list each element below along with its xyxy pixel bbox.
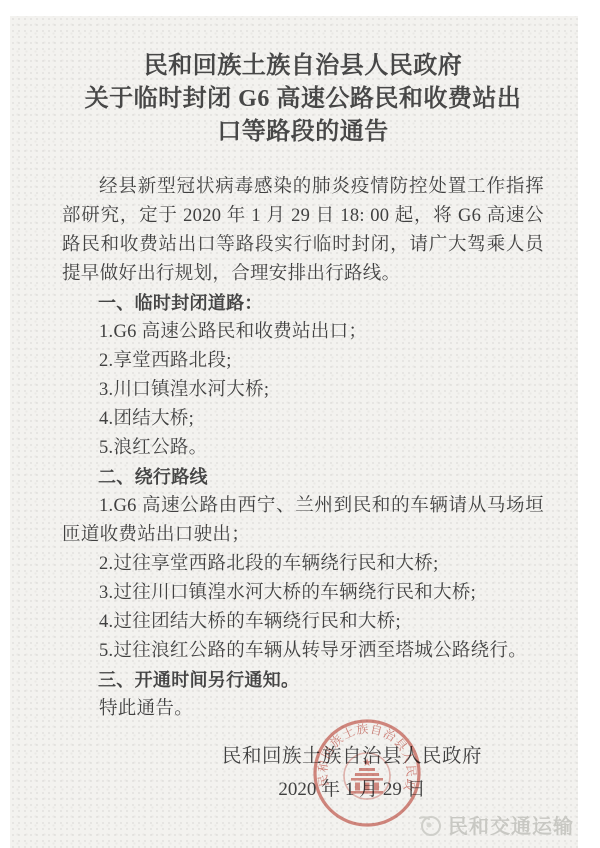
detour-route-item: 2.过往享堂西路北段的车辆绕行民和大桥; bbox=[62, 550, 544, 579]
scanned-notice-page: 民和回族土族自治县人民政府 关于临时封闭 G6 高速公路民和收费站出 口等路段的… bbox=[10, 16, 578, 848]
closed-road-item: 1.G6 高速公路民和收费站出口； bbox=[62, 318, 544, 347]
detour-route-item: 3.过往川口镇湟水河大桥的车辆绕行民和大桥; bbox=[62, 579, 544, 608]
section-reopen-heading: 三、开通时间另行通知。 bbox=[62, 666, 544, 695]
section-detour-heading: 二、绕行路线 bbox=[62, 463, 544, 492]
closed-road-item: 2.享堂西路北段; bbox=[62, 347, 544, 376]
watermark: 民和交通运输 bbox=[417, 810, 574, 839]
seal-ring-text: 民和回族土族自治县人民政府 bbox=[310, 716, 419, 794]
notice-content: 民和回族土族自治县人民政府 关于临时封闭 G6 高速公路民和收费站出 口等路段的… bbox=[10, 16, 578, 802]
national-emblem-icon: ★ bbox=[344, 753, 390, 799]
notice-title: 民和回族土族自治县人民政府 关于临时封闭 G6 高速公路民和收费站出 口等路段的… bbox=[62, 50, 544, 149]
detour-route-item: 1.G6 高速公路由西宁、兰州到民和的车辆请从马场垣匝道收费站出口驶出； bbox=[62, 492, 544, 550]
svg-text:★: ★ bbox=[362, 757, 372, 769]
intro-paragraph: 经县新型冠状病毒感染的肺炎疫情防控处置工作指挥部研究，定于 2020 年 1 月… bbox=[62, 173, 544, 289]
detour-route-item: 4.过往团结大桥的车辆绕行民和大桥; bbox=[62, 608, 544, 637]
watermark-text: 民和交通运输 bbox=[448, 810, 574, 839]
closed-road-item: 5.浪红公路。 bbox=[62, 434, 544, 463]
signature-block: 民和回族土族自治县人民政府 2020 年 1 月 29 日 bbox=[62, 744, 544, 802]
closed-road-item: 4.团结大桥; bbox=[62, 405, 544, 434]
title-line-1: 民和回族土族自治县人民政府 bbox=[62, 50, 544, 83]
section-closed-heading: 一、临时封闭道路： bbox=[62, 289, 544, 318]
transport-logo-icon bbox=[417, 812, 443, 838]
title-line-3: 口等路段的通告 bbox=[62, 116, 544, 149]
closed-road-item: 3.川口镇湟水河大桥; bbox=[62, 376, 544, 405]
official-seal: 民和回族土族自治县人民政府 ★ bbox=[310, 716, 424, 830]
title-line-2: 关于临时封闭 G6 高速公路民和收费站出 bbox=[62, 83, 544, 116]
closing-line: 特此通告。 bbox=[62, 695, 544, 724]
detour-route-item: 5.过往浪红公路的车辆从转导牙洒至塔城公路绕行。 bbox=[62, 637, 544, 666]
